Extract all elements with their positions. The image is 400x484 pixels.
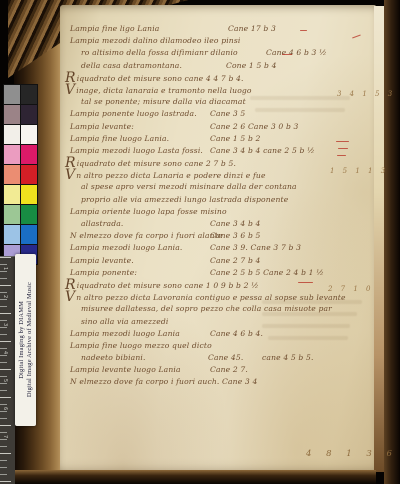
ruler-ticks-major	[0, 257, 11, 484]
paragraph-initial: R	[65, 74, 76, 82]
color-swatch	[21, 105, 37, 124]
color-swatch	[4, 165, 20, 184]
margin-number-note: 2 7 1 0	[328, 285, 374, 293]
line-text: al spese apro versi mezodi misinare dall…	[81, 182, 297, 191]
manuscript-text-line: Lampia mezodi dalino dilamodeo ileo pins…	[70, 36, 370, 48]
manuscript-text-line: tal se ponente; misure dalla via diacama…	[70, 97, 370, 109]
margin-number-note: 3 4 1 5 3	[337, 90, 395, 98]
manuscript-text-line: N elmezzo dove fa corpo i fuori alanteCa…	[70, 231, 370, 243]
measurement-value: Cane 3 4 b 4 cane 2 5 b ½	[210, 146, 315, 155]
line-text: iquadrato det misure sono cane 4 4 7 b 4…	[77, 74, 244, 83]
manuscript-text-line: Lampia levante luogo LaniaCane 2 7.	[70, 365, 370, 377]
manuscript-text-line: Lampia ponente luogo lastrada.Cane 3 5	[70, 109, 370, 121]
ruler-number: 3	[2, 323, 8, 326]
line-text: iquadrato det misure sono cane 1 0 9 b b…	[77, 281, 259, 290]
ruler-number: 7	[2, 435, 8, 438]
line-text: N elmezzo dove fa corpo i fuori auch. Ca…	[70, 377, 257, 386]
manuscript-text-line: Lampia mezodi luogo Lania.Cane 3 9. Cane…	[70, 243, 370, 255]
manuscript-text-line: nadeeto bibiani.Cane 45.cane 4 5 b 5.	[70, 353, 370, 365]
manuscript-text-line: Lampia levante.Cane 2 7 b 4	[70, 256, 370, 268]
ruler-number: 6	[2, 407, 8, 410]
manuscript-text-line: Riquadrato det misure sono cane 4 4 7 b …	[65, 73, 370, 85]
line-text: nadeeto bibiani.	[81, 353, 146, 362]
next-page-edge	[374, 6, 384, 472]
line-text: Lampia mezodi luogo Lania	[70, 329, 180, 338]
measurement-value: Cone 1 5 b 4	[226, 61, 277, 70]
diamm-label: Digital Imaging by DIAMM Digital Image A…	[15, 254, 36, 426]
line-text: Lampia ponente luogo lastrada.	[70, 109, 197, 118]
text-block: Lampia fine ligo LaniaCane 17 b 3Lampia …	[70, 24, 370, 390]
manuscript-text-line: proprio alle via amezzedi lungo lastrada…	[70, 195, 370, 207]
manuscript-text-line: ro altisimo della fossa difimianr dilani…	[70, 48, 370, 60]
color-swatch	[21, 205, 37, 224]
diamm-label-line2: Digital Image Archive of Medieval Music	[26, 282, 33, 397]
color-swatch	[21, 85, 37, 104]
book-bottom-edge	[14, 470, 376, 484]
line-text: tal se ponente; misure dalla via diacama…	[81, 97, 246, 106]
manuscript-text-line: Lampia mezodi luogo Lasta fossi.Cane 3 4…	[70, 146, 370, 158]
color-swatch	[4, 185, 20, 204]
line-text: N elmezzo dove fa corpo i fuori alante	[70, 231, 223, 240]
line-text: Lampia fine luogo mezzo quel dicto	[70, 341, 212, 350]
color-swatch	[4, 85, 20, 104]
measurement-value: Cane 17 b 3	[228, 24, 276, 33]
color-swatch	[4, 145, 20, 164]
color-swatch	[21, 165, 37, 184]
paragraph-initial: R	[65, 281, 76, 289]
line-text: Lampia oriente luogo lapa fosse misino	[70, 207, 227, 216]
color-swatch	[21, 145, 37, 164]
line-text: della casa datramontana.	[81, 61, 182, 70]
ruler-number: 2	[2, 295, 8, 298]
line-text: n altro pezzo dicta Lavorania contiguo e…	[76, 293, 345, 302]
measurement-value: Cane 3 4 b 4	[210, 219, 261, 228]
line-text: Lampia fine luogo Lania.	[70, 134, 169, 143]
line-text: Lampia fine ligo Lania	[70, 24, 159, 33]
line-text: sino alla via amezzedi	[81, 317, 169, 326]
line-text: proprio alle via amezzedi lungo lastrada…	[81, 195, 288, 204]
ruler: 1234567	[0, 256, 15, 484]
line-text: n altro pezzo dicta Lanaria e podere din…	[76, 171, 265, 180]
manuscript-text-line: Lampia fine luogo mezzo quel dicto	[70, 341, 370, 353]
manuscript-text-line: al spese apro versi mezodi misinare dall…	[70, 182, 370, 194]
measurement-value: Cane 2 5 b 5 Cane 2 4 b 1 ½	[210, 268, 324, 277]
line-text: iquadrato det misure sono cane 2 7 b 5.	[77, 159, 236, 168]
line-text: Lampia mezodi luogo Lasta fossi.	[70, 146, 203, 155]
manuscript-text-line: Lampia fine luogo Lania.Cane 1 5 b 2	[70, 134, 370, 146]
measurement-value: Cane 1 5 b 2	[210, 134, 261, 143]
ruler-number: 4	[2, 351, 8, 354]
color-calibration-chart	[3, 84, 38, 265]
paragraph-initial: V	[65, 86, 75, 94]
book-fore-edge	[384, 0, 400, 484]
color-swatch	[21, 125, 37, 144]
color-swatch	[4, 225, 20, 244]
manuscript-text-line: Lampia oriente luogo lapa fosse misino	[70, 207, 370, 219]
measurement-value-2: cane 4 5 b 5.	[262, 353, 314, 362]
ruler-number: 1	[2, 267, 8, 270]
line-text: Lampia ponente:	[70, 268, 137, 277]
line-text: misuree dallatessa, del sopro pezzo che …	[81, 304, 332, 313]
line-text: Lampia levante luogo Lania	[70, 365, 181, 374]
photo-frame: Lampia fine ligo LaniaCane 17 b 3Lampia …	[0, 0, 400, 484]
manuscript-text-line: Riquadrato det misure sono cane 1 0 9 b …	[65, 280, 370, 292]
measurement-value: Cane 4 6 b 4.	[210, 329, 263, 338]
line-text: Lampia levante.	[70, 256, 134, 265]
color-swatch	[4, 205, 20, 224]
manuscript-text-line: Vn altro pezzo dicta Lavorania contiguo …	[65, 292, 370, 304]
manuscript-text-line: Lampia ponente:Cane 2 5 b 5 Cane 2 4 b 1…	[70, 268, 370, 280]
manuscript-text-line: Riquadrato det misure sono cane 2 7 b 5.	[65, 158, 370, 170]
measurement-value: Cane 3 9. Cane 3 7 b 3	[210, 243, 301, 252]
manuscript-text-line: Lampia levante:Cane 2 6 Cane 3 0 b 3	[70, 122, 370, 134]
manuscript-text-line: della casa datramontana.Cone 1 5 b 4	[70, 61, 370, 73]
line-text: ro altisimo della fossa difimianr dilani…	[81, 48, 238, 57]
manuscript-text-line: misuree dallatessa, del sopro pezzo che …	[70, 304, 370, 316]
measurement-value: Cane 3 5	[210, 109, 245, 118]
measurement-value: Cane 2 7 b 4	[210, 256, 261, 265]
paragraph-initial: V	[65, 171, 75, 179]
diamm-label-line1: Digital Imaging by DIAMM	[18, 301, 25, 379]
measurement-value: Cane 45.	[208, 353, 243, 362]
line-text: Lampia levante:	[70, 122, 134, 131]
color-swatch	[4, 105, 20, 124]
line-text: allastrada.	[81, 219, 123, 228]
paragraph-initial: R	[65, 159, 76, 167]
margin-number-note: 4 8 1 3 6	[306, 449, 398, 459]
color-swatch	[21, 225, 37, 244]
paragraph-initial: V	[65, 293, 75, 301]
measurement-value: Cane 4 6 b 3 ½	[266, 48, 327, 57]
manuscript-text-line: Lampia fine ligo LaniaCane 17 b 3	[70, 24, 370, 36]
manuscript-text-line: sino alla via amezzedi	[70, 317, 370, 329]
line-text: Lampia mezodi dalino dilamodeo ileo pins…	[70, 36, 240, 45]
manuscript-text-line: Vinage, dicta lanaraia e tramonto nella …	[65, 85, 370, 97]
measurement-value: Cane 3 6 b 5	[210, 231, 261, 240]
measurement-value: Cane 2 6 Cane 3 0 b 3	[210, 122, 299, 131]
manuscript-text-line: N elmezzo dove fa corpo i fuori auch. Ca…	[70, 377, 370, 389]
ruler-number: 5	[2, 379, 8, 382]
manuscript-text-line: Vn altro pezzo dicta Lanaria e podere di…	[65, 170, 370, 182]
line-text: Lampia mezodi luogo Lania.	[70, 243, 182, 252]
manuscript-text-line: Lampia mezodi luogo LaniaCane 4 6 b 4.	[70, 329, 370, 341]
manuscript-text-line: allastrada.Cane 3 4 b 4	[70, 219, 370, 231]
color-swatch	[4, 125, 20, 144]
measurement-value: Cane 2 7.	[210, 365, 248, 374]
margin-number-note: 1 5 1 1 3	[330, 167, 388, 175]
color-swatch	[21, 185, 37, 204]
line-text: inage, dicta lanaraia e tramonto nella l…	[76, 86, 251, 95]
